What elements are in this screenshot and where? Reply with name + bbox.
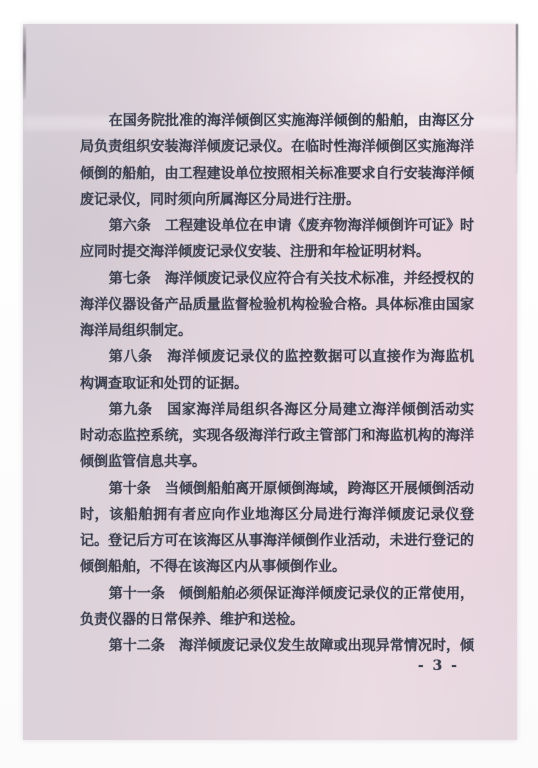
text-line: 海洋局组织制定。 xyxy=(80,318,474,344)
paper-right-edge-shadow xyxy=(516,24,518,174)
text-line: 应同时提交海洋倾废记录仪安装、注册和年检证明材料。 xyxy=(80,239,474,265)
text-line: 第六条 工程建设单位在申请《废弃物海洋倾倒许可证》时 xyxy=(80,213,474,239)
text-line: 倾倒监管信息共享。 xyxy=(80,449,474,475)
text-line: 记。登记后方可在该海区从事海洋倾倒作业活动，未进行登记的 xyxy=(80,528,474,554)
text-line: 负责仪器的日常保养、维护和送检。 xyxy=(80,607,474,633)
text-line: 第十条 当倾倒船舶离开原倾倒海域，跨海区开展倾倒活动 xyxy=(80,476,474,502)
text-line: 倾倒的船舶，由工程建设单位按照相关标准要求自行安装海洋倾 xyxy=(80,161,474,187)
text-line: 局负责组织安装海洋倾废记录仪。在临时性海洋倾倒区实施海洋 xyxy=(80,134,474,160)
paper-left-crease xyxy=(23,27,26,99)
document-page: 在国务院批准的海洋倾倒区实施海洋倾倒的船舶，由海区分局负责组织安装海洋倾废记录仪… xyxy=(23,24,517,740)
document-body: 在国务院批准的海洋倾倒区实施海洋倾倒的船舶，由海区分局负责组织安装海洋倾废记录仪… xyxy=(80,108,474,659)
text-line: 第八条 海洋倾废记录仪的监控数据可以直接作为海监机 xyxy=(80,344,474,370)
text-line: 在国务院批准的海洋倾倒区实施海洋倾倒的船舶，由海区分 xyxy=(80,108,474,134)
text-line: 第十二条 海洋倾废记录仪发生故障或出现异常情况时，倾 xyxy=(80,633,474,659)
text-line: 构调查取证和处罚的证据。 xyxy=(80,371,474,397)
text-line: 倾倒船舶，不得在该海区内从事倾倒作业。 xyxy=(80,554,474,580)
page-number: - 3 - xyxy=(418,658,459,674)
text-line: 时，该船舶拥有者应向作业地海区分局进行海洋倾废记录仪登 xyxy=(80,502,474,528)
text-line: 废记录仪，同时须向所属海区分局进行注册。 xyxy=(80,187,474,213)
text-line: 时动态监控系统，实现各级海洋行政主管部门和海监机构的海洋 xyxy=(80,423,474,449)
text-line: 海洋仪器设备产品质量监督检验机构检验合格。具体标准由国家 xyxy=(80,292,474,318)
text-line: 第十一条 倾倒船舶必须保证海洋倾废记录仪的正常使用， xyxy=(80,581,474,607)
scan-background: 在国务院批准的海洋倾倒区实施海洋倾倒的船舶，由海区分局负责组织安装海洋倾废记录仪… xyxy=(0,0,538,768)
text-line: 第九条 国家海洋局组织各海区分局建立海洋倾倒活动实 xyxy=(80,397,474,423)
text-line: 第七条 海洋倾废记录仪应符合有关技术标准，并经授权的 xyxy=(80,266,474,292)
